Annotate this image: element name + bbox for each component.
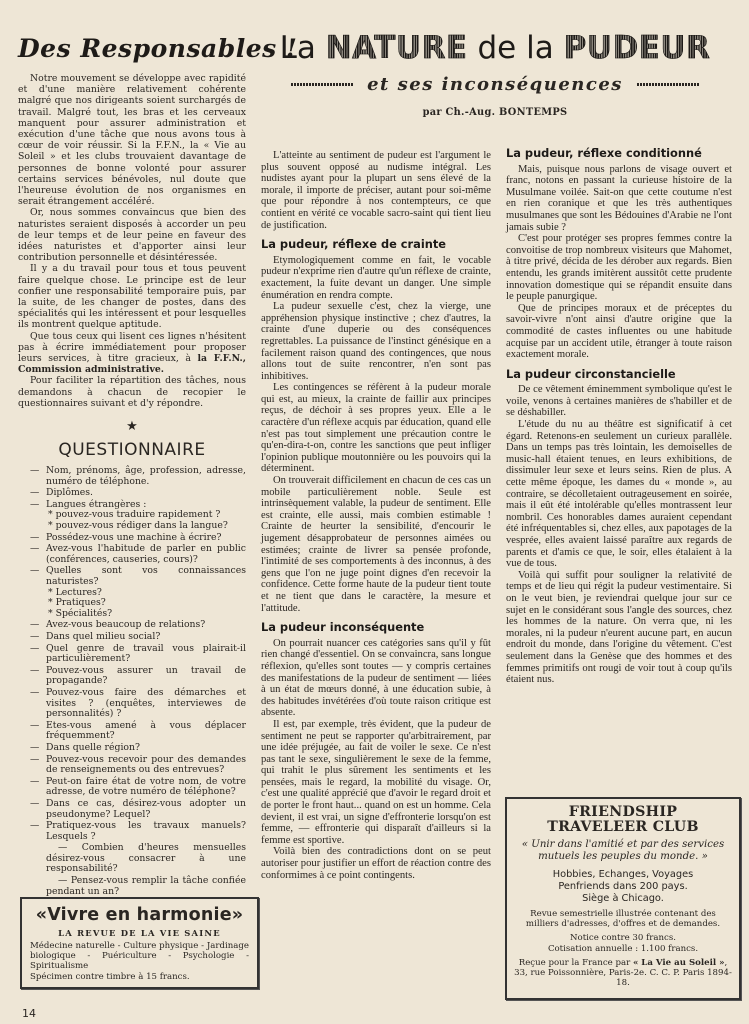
paragraph: De ce vêtement éminemment symbolique qu'… [506,384,732,419]
dash-bullet-icon: — [30,821,39,832]
paragraph: Or, nous sommes convaincus que bien des … [18,207,246,263]
paragraph: Pour faciliter la répartition des tâches… [18,375,246,409]
ad-revue: Revue semestrielle illustrée contenant d… [513,909,733,929]
questionnaire-item: —Quelles sont vos connaissances naturist… [18,566,246,619]
ad-pricing: Notice contre 30 francs. Cotisation annu… [513,933,733,953]
questionnaire-item: —Pouvez-vous recevoir pour des demandes … [18,755,246,776]
questionnaire-item: —Quel genre de travail vous plairait-il … [18,644,246,665]
responsables-title: Des Responsables ! [18,34,246,63]
title-nature: NATURE [326,30,468,66]
paragraph: Les contingences se réfèrent à la pudeur… [261,382,491,475]
subtitle: et ses inconséquences [367,74,623,95]
dash-bullet-icon: — [30,644,39,655]
paragraph: C'est pour protéger ses propres femmes c… [506,233,732,303]
dash-bullet-icon: — [30,666,39,677]
questionnaire-list: —Nom, prénoms, âge, profession, adresse,… [18,466,246,897]
questionnaire-title: QUESTIONNAIRE [18,440,246,460]
questionnaire-item: —Peut-on faire état de votre nom, de vot… [18,777,246,798]
dash-bullet-icon: — [30,743,39,754]
magazine-page: Des Responsables ! Notre mouvement se dé… [0,0,749,1024]
paragraph: L'étude du nu au théâtre est significati… [506,419,732,570]
questionnaire-subitem: * Spécialités? [46,609,246,620]
page-number: 14 [22,1007,36,1020]
dash-bullet-icon: — [30,488,39,499]
questionnaire-item: —Pouvez-vous assurer un travail de propa… [18,666,246,687]
dash-bullet-icon: — [30,799,39,810]
paragraph: Voilà qui suffit pour souligner la relat… [506,570,732,686]
questionnaire-item: —Avez-vous l'habitude de parler en publi… [18,544,246,565]
questionnaire-followup: — Pensez-vous remplir la tâche confiée p… [18,876,246,897]
paragraph: Voilà bien des contradictions dont on se… [261,846,491,881]
section-heading: La pudeur circonstancielle [506,369,732,381]
paragraph: Mais, puisque nous parlons de visage ouv… [506,164,732,234]
dotted-rule [637,83,699,86]
article-header: La NATURE de la PUDEUR et ses inconséque… [258,30,732,118]
paragraph: La pudeur sexuelle c'est, chez la vierge… [261,301,491,382]
title-pudeur: PUDEUR [564,30,711,66]
paragraph: Que de principes moraux et de préceptes … [506,303,732,361]
dotted-rule [291,83,353,86]
ad-text: Médecine naturelle - Culture physique - … [30,941,249,972]
dash-bullet-icon: — [30,533,39,544]
section-heading: La pudeur inconséquente [261,622,491,634]
dash-bullet-icon: — [30,566,39,577]
questionnaire-item: —Possédez-vous une machine à écrire? [18,533,246,544]
paragraph: On pourrait nuancer ces catégories sans … [261,638,491,719]
friendship-traveleer-club-ad: FRIENDSHIP TRAVELEER CLUB « Unir dans l'… [505,797,741,1000]
responsables-body: Notre mouvement se développe avec rapidi… [18,73,246,409]
ad-title: FRIENDSHIP TRAVELEER CLUB [513,805,733,835]
questionnaire-item: —Nom, prénoms, âge, profession, adresse,… [18,466,246,487]
section-heading: La pudeur, réflexe conditionné [506,148,732,160]
questionnaire-item: —Langues étrangères :* pouvez-vous tradu… [18,500,246,532]
questionnaire-item: —Pouvez-vous faire des démarches et visi… [18,688,246,720]
right-column: La pudeur, réflexe conditionné Mais, pui… [506,148,732,686]
paragraph: Que tous ceux qui lisent ces lignes n'hé… [18,331,246,376]
main-title: La NATURE de la PUDEUR [258,30,732,66]
questionnaire-item: —Etes-vous amené à vous déplacer fréquem… [18,721,246,742]
questionnaire-item: —Pratiquez-vous les travaux manuels? Les… [18,821,246,842]
dash-bullet-icon: — [30,500,39,511]
dash-bullet-icon: — [30,620,39,631]
paragraph: Notre mouvement se développe avec rapidi… [18,73,246,207]
questionnaire-item: —Dans quel milieu social? [18,632,246,643]
ad-subtitle: LA REVUE DE LA VIE SAINE [30,928,249,938]
ad-specimen: Spécimen contre timbre à 15 francs. [30,972,249,982]
subtitle-row: et ses inconséquences [258,74,732,95]
paragraph: Etymologiquement comme en fait, le vocab… [261,255,491,301]
questionnaire-item: —Diplômes. [18,488,246,499]
questionnaire-item: —Avez-vous beaucoup de relations? [18,620,246,631]
dash-bullet-icon: — [30,721,39,732]
middle-column: L'atteinte au sentiment de pudeur est l'… [261,150,491,881]
questionnaire-followup: — Combien d'heures mensuelles désirez-vo… [18,843,246,875]
intro-paragraph: L'atteinte au sentiment de pudeur est l'… [261,150,491,231]
ad-features: Hobbies, Echanges, Voyages Penfriends da… [513,869,733,905]
dash-bullet-icon: — [30,777,39,788]
ad-motto: « Unir dans l'amitié et par des services… [513,839,733,863]
left-column: Des Responsables ! Notre mouvement se dé… [18,28,246,898]
dash-bullet-icon: — [30,466,39,477]
paragraph: On trouverait difficilement en chacun de… [261,475,491,614]
vivre-en-harmonie-ad: «Vivre en harmonie» LA REVUE DE LA VIE S… [20,897,259,989]
paragraph: Il est, par exemple, très évident, que l… [261,719,491,847]
dash-bullet-icon: — [30,688,39,699]
dash-bullet-icon: — [30,544,39,555]
paragraph: Il y a du travail pour tous et tous peuv… [18,263,246,330]
byline: par Ch.-Aug. BONTEMPS [258,107,732,118]
ad-title: «Vivre en harmonie» [30,905,249,925]
ad-address: Reçue pour la France par « La Vie au Sol… [513,958,733,989]
section-heading: La pudeur, réflexe de crainte [261,239,491,251]
questionnaire-item: —Dans quelle région? [18,743,246,754]
star-separator-icon: ★ [18,419,246,434]
dash-bullet-icon: — [30,632,39,643]
questionnaire-subitem: * pouvez-vous rédiger dans la langue? [46,521,246,532]
questionnaire-item: —Dans ce cas, désirez-vous adopter un ps… [18,799,246,820]
dash-bullet-icon: — [30,755,39,766]
